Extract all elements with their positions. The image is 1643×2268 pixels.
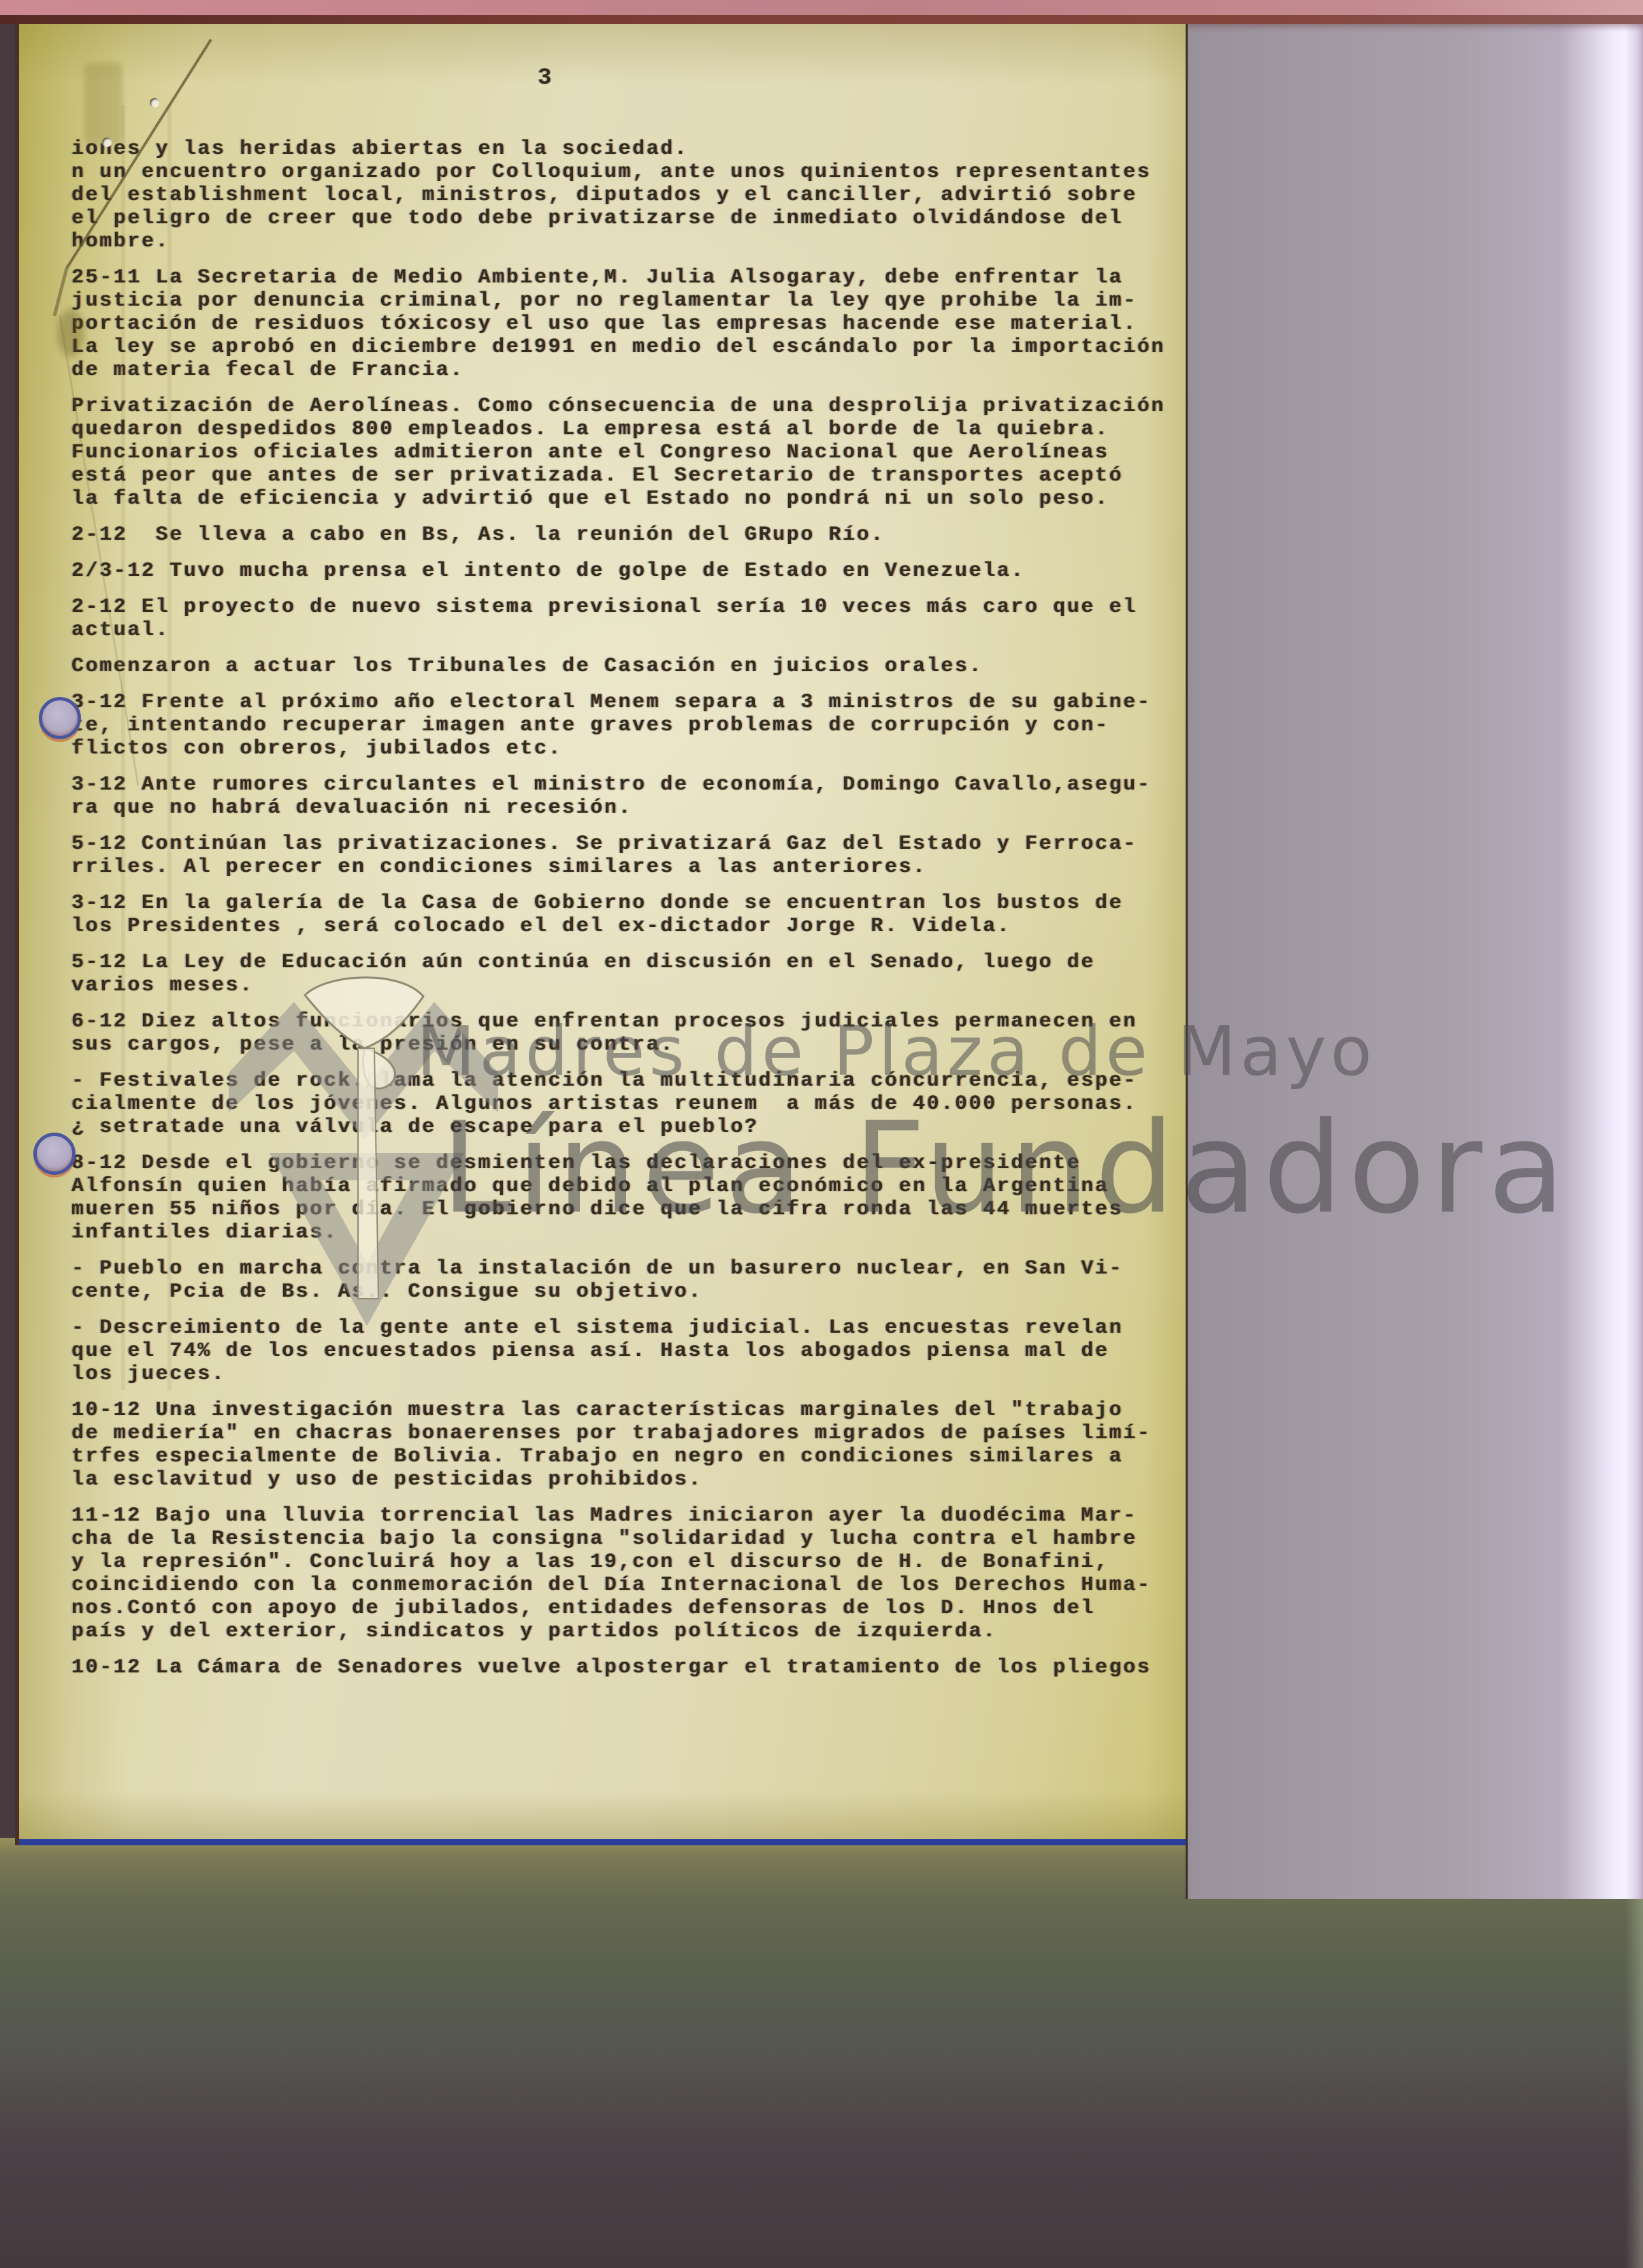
text-line: portación de residuos tóxicosy el uso qu… [71, 312, 1188, 336]
text-line: 3-12 En la galería de la Casa de Gobiern… [71, 892, 1188, 915]
text-line: 8-12 Desde el gobierno se desmienten las… [71, 1152, 1188, 1175]
text-line: el peligro de creer que todo debe privat… [71, 207, 1188, 230]
text-line: 5-12 Continúan las privatizaciones. Se p… [71, 832, 1188, 856]
page-number: 3 [538, 65, 553, 91]
text-line: la falta de eficiencia y advirtió que el… [71, 487, 1188, 511]
text-line: ra que no habrá devaluación ni recesión. [71, 796, 1188, 820]
text-line: 2-12 Se lleva a cabo en Bs, As. la reuni… [71, 523, 1188, 547]
text-line: La ley se aprobó en diciembre de1991 en … [71, 336, 1188, 359]
text-line: iones y las heridas abiertas en la socie… [71, 137, 1188, 161]
text-line: Comenzaron a actuar los Tribunales de Ca… [71, 655, 1188, 678]
scan-edge-glow [1625, 1899, 1643, 2268]
paper-page: 3 iones y las heridas abiertas en la soc… [19, 23, 1186, 1845]
text-line: 2/3-12 Tuvo mucha prensa el intento de g… [71, 560, 1188, 583]
text-line: rriles. Al perecer en condiciones simila… [71, 856, 1188, 879]
text-line: varios meses. [71, 974, 1188, 997]
paragraph: 10-12 La Cámara de Senadores vuelve alpo… [71, 1656, 1188, 1679]
text-line: nos.Contó con apoyo de jubilados, entida… [71, 1597, 1188, 1620]
paragraph: - Festivales de rock.Llama la atención l… [71, 1069, 1188, 1139]
text-line: n un encuentro organizado por Colloquium… [71, 161, 1188, 184]
paragraph: 8-12 Desde el gobierno se desmienten las… [71, 1152, 1188, 1244]
hole-punch-icon [33, 1133, 76, 1175]
text-line: Privatización de Aerolíneas. Como cónsec… [71, 395, 1188, 418]
paragraph: - Descreimiento de la gente ante el sist… [71, 1316, 1188, 1386]
text-line: 6-12 Diez altos funcionarios que enfrent… [71, 1010, 1188, 1033]
text-line: justicia por denuncia criminal, por no r… [71, 289, 1188, 312]
text-line: infantiles diarias. [71, 1221, 1188, 1244]
text-line: los Presidentes , será colocado el del e… [71, 915, 1188, 938]
text-line: quedaron despedidos 800 empleados. La em… [71, 418, 1188, 441]
paragraph: Comenzaron a actuar los Tribunales de Ca… [71, 655, 1188, 678]
fold-line [167, 105, 172, 1390]
paragraph: 3-12 En la galería de la Casa de Gobiern… [71, 892, 1188, 938]
text-line: que el 74% de los encuestados piensa así… [71, 1340, 1188, 1363]
text-line: de materia fecal de Francia. [71, 359, 1188, 382]
text-line: la esclavitud y uso de pesticidas prohib… [71, 1468, 1188, 1491]
text-line: cente, Pcia de Bs. As.. Consigue su obje… [71, 1280, 1188, 1303]
text-line: mueren 55 niños por día. El gobierno dic… [71, 1198, 1188, 1221]
text-line: está peor que antes de ser privatizada. … [71, 464, 1188, 487]
text-line: - Descreimiento de la gente ante el sist… [71, 1316, 1188, 1340]
text-line: - Pueblo en marcha contra la instalación… [71, 1257, 1188, 1280]
body-text: iones y las heridas abiertas en la socie… [71, 137, 1188, 1692]
paragraph: 2/3-12 Tuvo mucha prensa el intento de g… [71, 560, 1188, 583]
paragraph: 11-12 Bajo una lluvia torrencial las Mad… [71, 1504, 1188, 1643]
text-line: 3-12 Frente al próximo año electoral Men… [71, 691, 1188, 714]
text-line: hombre. [71, 230, 1188, 253]
paragraph: 5-12 La Ley de Educación aún continúa en… [71, 951, 1188, 997]
paragraph: 6-12 Diez altos funcionarios que enfrent… [71, 1010, 1188, 1056]
text-line: cha de la Resistencia bajo la consigna "… [71, 1527, 1188, 1551]
text-line: trfes especialmente de Bolivia. Trabajo … [71, 1445, 1188, 1468]
scanner-bed-bottom [0, 1838, 1643, 2268]
text-line: coincidiendo con la conmemoración del Dí… [71, 1574, 1188, 1597]
text-line: Alfonsín quien había afirmado que debido… [71, 1175, 1188, 1198]
text-line: ¿ setratade una válvula de escape para e… [71, 1116, 1188, 1139]
paper-speck [150, 98, 159, 108]
paragraph: Privatización de Aerolíneas. Como cónsec… [71, 395, 1188, 511]
scanner-top-line [0, 15, 1643, 24]
paragraph: - Pueblo en marcha contra la instalación… [71, 1257, 1188, 1303]
text-line: 10-12 Una investigación muestra las cara… [71, 1399, 1188, 1422]
text-line: 2-12 El proyecto de nuevo sistema previs… [71, 596, 1188, 619]
scanner-bed-right-band [1186, 23, 1643, 1899]
text-line: de mediería" en chacras bonaerenses por … [71, 1422, 1188, 1445]
text-line: los jueces. [71, 1363, 1188, 1386]
text-line: te, intentando recuperar imagen ante gra… [71, 714, 1188, 737]
text-line: flictos con obreros, jubilados etc. [71, 737, 1188, 760]
paragraph: 5-12 Continúan las privatizaciones. Se p… [71, 832, 1188, 879]
scanned-document-page: 3 iones y las heridas abiertas en la soc… [0, 0, 1643, 2268]
stain-mark [57, 309, 84, 357]
paragraph: 3-12 Frente al próximo año electoral Men… [71, 691, 1188, 760]
text-line: país y del exterior, sindicatos y partid… [71, 1620, 1188, 1643]
text-line: y la represión". Concluirá hoy a las 19,… [71, 1551, 1188, 1574]
paragraph: 10-12 Una investigación muestra las cara… [71, 1399, 1188, 1491]
text-line: Funcionarios oficiales admitieron ante e… [71, 441, 1188, 464]
paragraph: 25-11 La Secretaria de Medio Ambiente,M.… [71, 266, 1188, 382]
stain-mark [84, 63, 123, 144]
paragraph: 2-12 Se lleva a cabo en Bs, As. la reuni… [71, 523, 1188, 547]
text-line: 10-12 La Cámara de Senadores vuelve alpo… [71, 1656, 1188, 1679]
text-line: actual. [71, 619, 1188, 642]
paragraph: 3-12 Ante rumores circulantes el ministr… [71, 773, 1188, 820]
paragraph: 2-12 El proyecto de nuevo sistema previs… [71, 596, 1188, 642]
text-line: 5-12 La Ley de Educación aún continúa en… [71, 951, 1188, 974]
text-line: cialmente de los jóvenes. Algunos artist… [71, 1092, 1188, 1116]
paper-speck [102, 137, 112, 147]
paragraph: iones y las heridas abiertas en la socie… [71, 137, 1188, 253]
text-line: 11-12 Bajo una lluvia torrencial las Mad… [71, 1504, 1188, 1527]
text-line: del establishment local, ministros, dipu… [71, 184, 1188, 207]
text-line: 3-12 Ante rumores circulantes el ministr… [71, 773, 1188, 796]
text-line: sus cargos, pese a la presión en su cont… [71, 1033, 1188, 1056]
text-line: - Festivales de rock.Llama la atención l… [71, 1069, 1188, 1092]
scanner-top-strip [0, 0, 1643, 15]
text-line: 25-11 La Secretaria de Medio Ambiente,M.… [71, 266, 1188, 289]
hole-punch-icon [39, 697, 81, 739]
fold-line [121, 105, 125, 1390]
